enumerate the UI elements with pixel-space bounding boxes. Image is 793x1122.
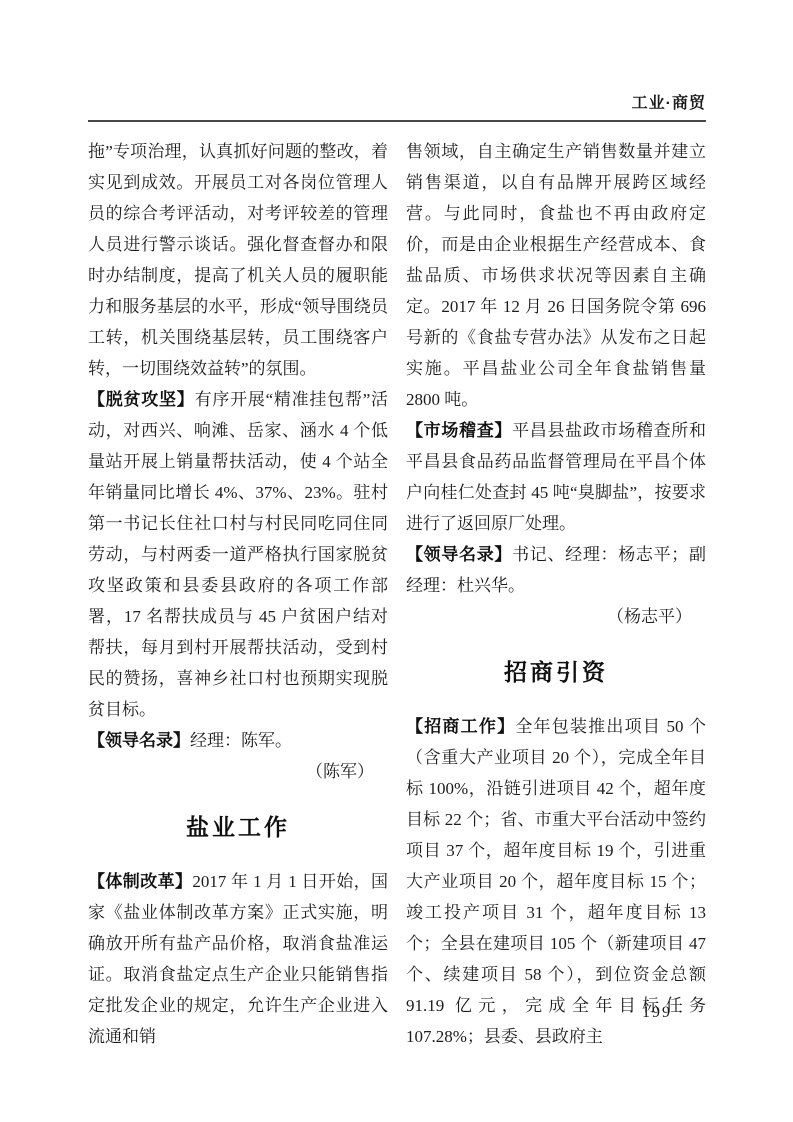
page-number: · 199 ·	[597, 1004, 717, 1022]
paragraph-entry: 【领导名录】经理：陈军。	[88, 725, 388, 756]
paragraph-text: 经理：陈军。	[190, 731, 292, 750]
paragraph-text: 售领域，自主确定生产销售数量并建立销售渠道，以自有品牌开展跨区域经营。与此同时，…	[406, 142, 706, 409]
paragraph-text: 全年包装推出项目 50 个（含重大产业项目 20 个），完成全年目标 100%，…	[406, 717, 706, 1046]
section-heading: 招商引资	[406, 657, 706, 687]
paragraph-continuation: 拖”专项治理，认真抓好问题的整改，着实见到成效。开展员工对各岗位管理人员的综合考…	[88, 136, 388, 384]
paragraph-text: 2017 年 1 月 1 日开始，国家《盐业体制改革方案》正式实施，明确放开所有…	[88, 872, 388, 1046]
document-page: 工业·商贸 拖”专项治理，认真抓好问题的整改，着实见到成效。开展员工对各岗位管理…	[0, 0, 793, 1122]
entry-label: 【市场稽查】	[406, 421, 512, 440]
running-head-title: 工业·商贸	[632, 95, 706, 112]
author-signature: （陈军）	[88, 756, 388, 787]
two-column-body: 拖”专项治理，认真抓好问题的整改，着实见到成效。开展员工对各岗位管理人员的综合考…	[88, 136, 706, 1052]
entry-label: 【领导名录】	[406, 545, 512, 564]
entry-label: 【脱贫攻坚】	[88, 390, 195, 409]
paragraph-entry: 【体制改革】2017 年 1 月 1 日开始，国家《盐业体制改革方案》正式实施，…	[88, 866, 388, 1052]
left-column: 拖”专项治理，认真抓好问题的整改，着实见到成效。开展员工对各岗位管理人员的综合考…	[88, 136, 388, 1052]
paragraph-entry: 【市场稽查】平昌县盐政市场稽查所和平昌县食品药品监督管理局在平昌个体户向桂仁处查…	[406, 415, 706, 539]
running-head: 工业·商贸	[88, 90, 706, 113]
entry-label: 【体制改革】	[88, 872, 192, 891]
author-signature: （杨志平）	[406, 601, 706, 632]
right-column: 售领域，自主确定生产销售数量并建立销售渠道，以自有品牌开展跨区域经营。与此同时，…	[406, 136, 706, 1052]
section-heading: 盐业工作	[88, 812, 388, 842]
header-rule	[88, 120, 706, 122]
paragraph-text: 有序开展“精准挂包帮”活动，对西兴、响滩、岳家、涵水 4 个低量站开展上销量帮扶…	[88, 390, 388, 719]
entry-label: 【领导名录】	[88, 731, 190, 750]
paragraph-entry: 【招商工作】全年包装推出项目 50 个（含重大产业项目 20 个），完成全年目标…	[406, 711, 706, 1052]
paragraph-continuation: 售领域，自主确定生产销售数量并建立销售渠道，以自有品牌开展跨区域经营。与此同时，…	[406, 136, 706, 415]
paragraph-text: 拖”专项治理，认真抓好问题的整改，着实见到成效。开展员工对各岗位管理人员的综合考…	[88, 142, 388, 378]
paragraph-entry: 【脱贫攻坚】有序开展“精准挂包帮”活动，对西兴、响滩、岳家、涵水 4 个低量站开…	[88, 384, 388, 725]
entry-label: 【招商工作】	[406, 717, 515, 736]
paragraph-entry: 【领导名录】书记、经理：杨志平；副经理：杜兴华。	[406, 539, 706, 601]
